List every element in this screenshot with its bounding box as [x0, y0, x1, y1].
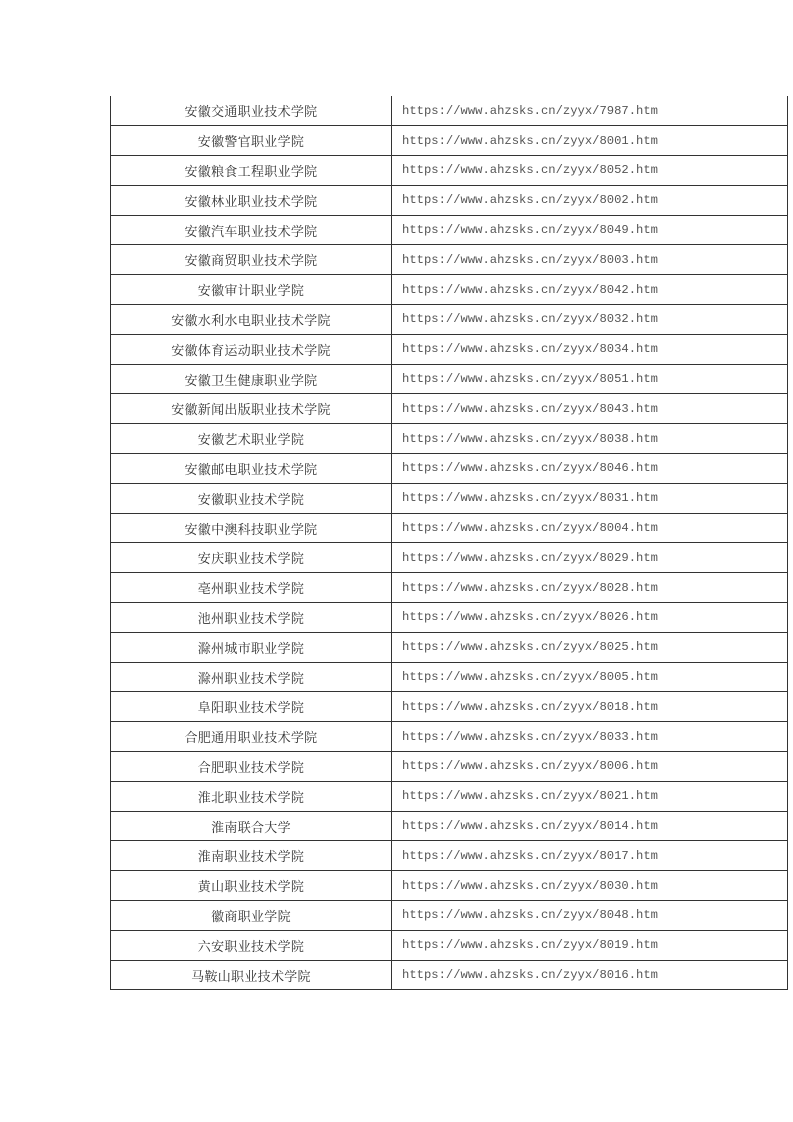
college-name-cell: 马鞍山职业技术学院	[111, 960, 392, 990]
college-name-cell: 合肥通用职业技术学院	[111, 722, 392, 752]
table-row: 六安职业技术学院https://www.ahzsks.cn/zyyx/8019.…	[111, 930, 788, 960]
college-name-cell: 阜阳职业技术学院	[111, 692, 392, 722]
college-name-cell: 安徽中澳科技职业学院	[111, 513, 392, 543]
college-name-cell: 安徽粮食工程职业学院	[111, 156, 392, 186]
college-url-cell[interactable]: https://www.ahzsks.cn/zyyx/8046.htm	[392, 454, 788, 484]
college-name-cell: 滁州职业技术学院	[111, 662, 392, 692]
table-row: 安徽艺术职业学院https://www.ahzsks.cn/zyyx/8038.…	[111, 424, 788, 454]
college-url-cell[interactable]: https://www.ahzsks.cn/zyyx/8049.htm	[392, 215, 788, 245]
table-row: 淮南职业技术学院https://www.ahzsks.cn/zyyx/8017.…	[111, 841, 788, 871]
college-name-cell: 徽商职业学院	[111, 901, 392, 931]
college-url-cell[interactable]: https://www.ahzsks.cn/zyyx/8038.htm	[392, 424, 788, 454]
college-url-cell[interactable]: https://www.ahzsks.cn/zyyx/8028.htm	[392, 573, 788, 603]
college-url-cell[interactable]: https://www.ahzsks.cn/zyyx/8030.htm	[392, 871, 788, 901]
college-name-cell: 亳州职业技术学院	[111, 573, 392, 603]
college-url-cell[interactable]: https://www.ahzsks.cn/zyyx/8018.htm	[392, 692, 788, 722]
college-url-cell[interactable]: https://www.ahzsks.cn/zyyx/8029.htm	[392, 543, 788, 573]
table-row: 淮南联合大学https://www.ahzsks.cn/zyyx/8014.ht…	[111, 811, 788, 841]
table-row: 合肥通用职业技术学院https://www.ahzsks.cn/zyyx/803…	[111, 722, 788, 752]
college-name-cell: 安徽职业技术学院	[111, 483, 392, 513]
college-name-cell: 安徽警官职业学院	[111, 126, 392, 156]
table-row: 安徽交通职业技术学院https://www.ahzsks.cn/zyyx/798…	[111, 96, 788, 126]
college-url-cell[interactable]: https://www.ahzsks.cn/zyyx/8051.htm	[392, 364, 788, 394]
college-name-cell: 淮南联合大学	[111, 811, 392, 841]
college-name-cell: 安徽体育运动职业技术学院	[111, 334, 392, 364]
college-name-cell: 安徽新闻出版职业技术学院	[111, 394, 392, 424]
table-row: 安徽卫生健康职业学院https://www.ahzsks.cn/zyyx/805…	[111, 364, 788, 394]
college-url-cell[interactable]: https://www.ahzsks.cn/zyyx/8005.htm	[392, 662, 788, 692]
table-row: 安徽体育运动职业技术学院https://www.ahzsks.cn/zyyx/8…	[111, 334, 788, 364]
college-url-cell[interactable]: https://www.ahzsks.cn/zyyx/8019.htm	[392, 930, 788, 960]
table-row: 阜阳职业技术学院https://www.ahzsks.cn/zyyx/8018.…	[111, 692, 788, 722]
table-row: 安徽汽车职业技术学院https://www.ahzsks.cn/zyyx/804…	[111, 215, 788, 245]
college-url-cell[interactable]: https://www.ahzsks.cn/zyyx/8006.htm	[392, 752, 788, 782]
college-url-cell[interactable]: https://www.ahzsks.cn/zyyx/8026.htm	[392, 603, 788, 633]
table-row: 合肥职业技术学院https://www.ahzsks.cn/zyyx/8006.…	[111, 752, 788, 782]
college-name-cell: 安徽卫生健康职业学院	[111, 364, 392, 394]
table-row: 亳州职业技术学院https://www.ahzsks.cn/zyyx/8028.…	[111, 573, 788, 603]
college-name-cell: 安徽审计职业学院	[111, 275, 392, 305]
college-url-cell[interactable]: https://www.ahzsks.cn/zyyx/8016.htm	[392, 960, 788, 990]
college-name-cell: 安徽水利水电职业技术学院	[111, 305, 392, 335]
table-row: 安徽警官职业学院https://www.ahzsks.cn/zyyx/8001.…	[111, 126, 788, 156]
college-name-cell: 淮北职业技术学院	[111, 781, 392, 811]
college-url-cell[interactable]: https://www.ahzsks.cn/zyyx/8002.htm	[392, 185, 788, 215]
college-name-cell: 安徽邮电职业技术学院	[111, 454, 392, 484]
table-row: 安徽新闻出版职业技术学院https://www.ahzsks.cn/zyyx/8…	[111, 394, 788, 424]
college-name-cell: 安庆职业技术学院	[111, 543, 392, 573]
table-row: 安庆职业技术学院https://www.ahzsks.cn/zyyx/8029.…	[111, 543, 788, 573]
college-url-cell[interactable]: https://www.ahzsks.cn/zyyx/8032.htm	[392, 305, 788, 335]
college-url-cell[interactable]: https://www.ahzsks.cn/zyyx/8001.htm	[392, 126, 788, 156]
college-name-cell: 黄山职业技术学院	[111, 871, 392, 901]
college-url-table: 安徽交通职业技术学院https://www.ahzsks.cn/zyyx/798…	[110, 96, 788, 990]
college-url-cell[interactable]: https://www.ahzsks.cn/zyyx/8004.htm	[392, 513, 788, 543]
college-name-cell: 六安职业技术学院	[111, 930, 392, 960]
table-row: 安徽林业职业技术学院https://www.ahzsks.cn/zyyx/800…	[111, 185, 788, 215]
college-url-cell[interactable]: https://www.ahzsks.cn/zyyx/8048.htm	[392, 901, 788, 931]
college-url-cell[interactable]: https://www.ahzsks.cn/zyyx/8021.htm	[392, 781, 788, 811]
college-url-cell[interactable]: https://www.ahzsks.cn/zyyx/7987.htm	[392, 96, 788, 126]
college-url-cell[interactable]: https://www.ahzsks.cn/zyyx/8017.htm	[392, 841, 788, 871]
college-url-cell[interactable]: https://www.ahzsks.cn/zyyx/8043.htm	[392, 394, 788, 424]
table-row: 安徽商贸职业技术学院https://www.ahzsks.cn/zyyx/800…	[111, 245, 788, 275]
table-row: 池州职业技术学院https://www.ahzsks.cn/zyyx/8026.…	[111, 603, 788, 633]
document-page: 安徽交通职业技术学院https://www.ahzsks.cn/zyyx/798…	[0, 0, 793, 1122]
college-url-cell[interactable]: https://www.ahzsks.cn/zyyx/8052.htm	[392, 156, 788, 186]
table-body: 安徽交通职业技术学院https://www.ahzsks.cn/zyyx/798…	[111, 96, 788, 990]
table-row: 安徽审计职业学院https://www.ahzsks.cn/zyyx/8042.…	[111, 275, 788, 305]
college-url-cell[interactable]: https://www.ahzsks.cn/zyyx/8031.htm	[392, 483, 788, 513]
college-name-cell: 滁州城市职业学院	[111, 632, 392, 662]
college-url-cell[interactable]: https://www.ahzsks.cn/zyyx/8034.htm	[392, 334, 788, 364]
table-row: 淮北职业技术学院https://www.ahzsks.cn/zyyx/8021.…	[111, 781, 788, 811]
college-name-cell: 安徽艺术职业学院	[111, 424, 392, 454]
table-row: 黄山职业技术学院https://www.ahzsks.cn/zyyx/8030.…	[111, 871, 788, 901]
college-name-cell: 安徽交通职业技术学院	[111, 96, 392, 126]
college-url-cell[interactable]: https://www.ahzsks.cn/zyyx/8042.htm	[392, 275, 788, 305]
college-name-cell: 淮南职业技术学院	[111, 841, 392, 871]
college-url-cell[interactable]: https://www.ahzsks.cn/zyyx/8014.htm	[392, 811, 788, 841]
college-name-cell: 合肥职业技术学院	[111, 752, 392, 782]
table-row: 马鞍山职业技术学院https://www.ahzsks.cn/zyyx/8016…	[111, 960, 788, 990]
college-name-cell: 池州职业技术学院	[111, 603, 392, 633]
college-url-cell[interactable]: https://www.ahzsks.cn/zyyx/8003.htm	[392, 245, 788, 275]
table-row: 安徽粮食工程职业学院https://www.ahzsks.cn/zyyx/805…	[111, 156, 788, 186]
college-name-cell: 安徽商贸职业技术学院	[111, 245, 392, 275]
table-row: 安徽中澳科技职业学院https://www.ahzsks.cn/zyyx/800…	[111, 513, 788, 543]
table-row: 安徽邮电职业技术学院https://www.ahzsks.cn/zyyx/804…	[111, 454, 788, 484]
table-row: 安徽水利水电职业技术学院https://www.ahzsks.cn/zyyx/8…	[111, 305, 788, 335]
table-row: 徽商职业学院https://www.ahzsks.cn/zyyx/8048.ht…	[111, 901, 788, 931]
college-name-cell: 安徽汽车职业技术学院	[111, 215, 392, 245]
college-url-cell[interactable]: https://www.ahzsks.cn/zyyx/8025.htm	[392, 632, 788, 662]
college-name-cell: 安徽林业职业技术学院	[111, 185, 392, 215]
table-row: 滁州职业技术学院https://www.ahzsks.cn/zyyx/8005.…	[111, 662, 788, 692]
table-row: 滁州城市职业学院https://www.ahzsks.cn/zyyx/8025.…	[111, 632, 788, 662]
table-row: 安徽职业技术学院https://www.ahzsks.cn/zyyx/8031.…	[111, 483, 788, 513]
college-url-cell[interactable]: https://www.ahzsks.cn/zyyx/8033.htm	[392, 722, 788, 752]
